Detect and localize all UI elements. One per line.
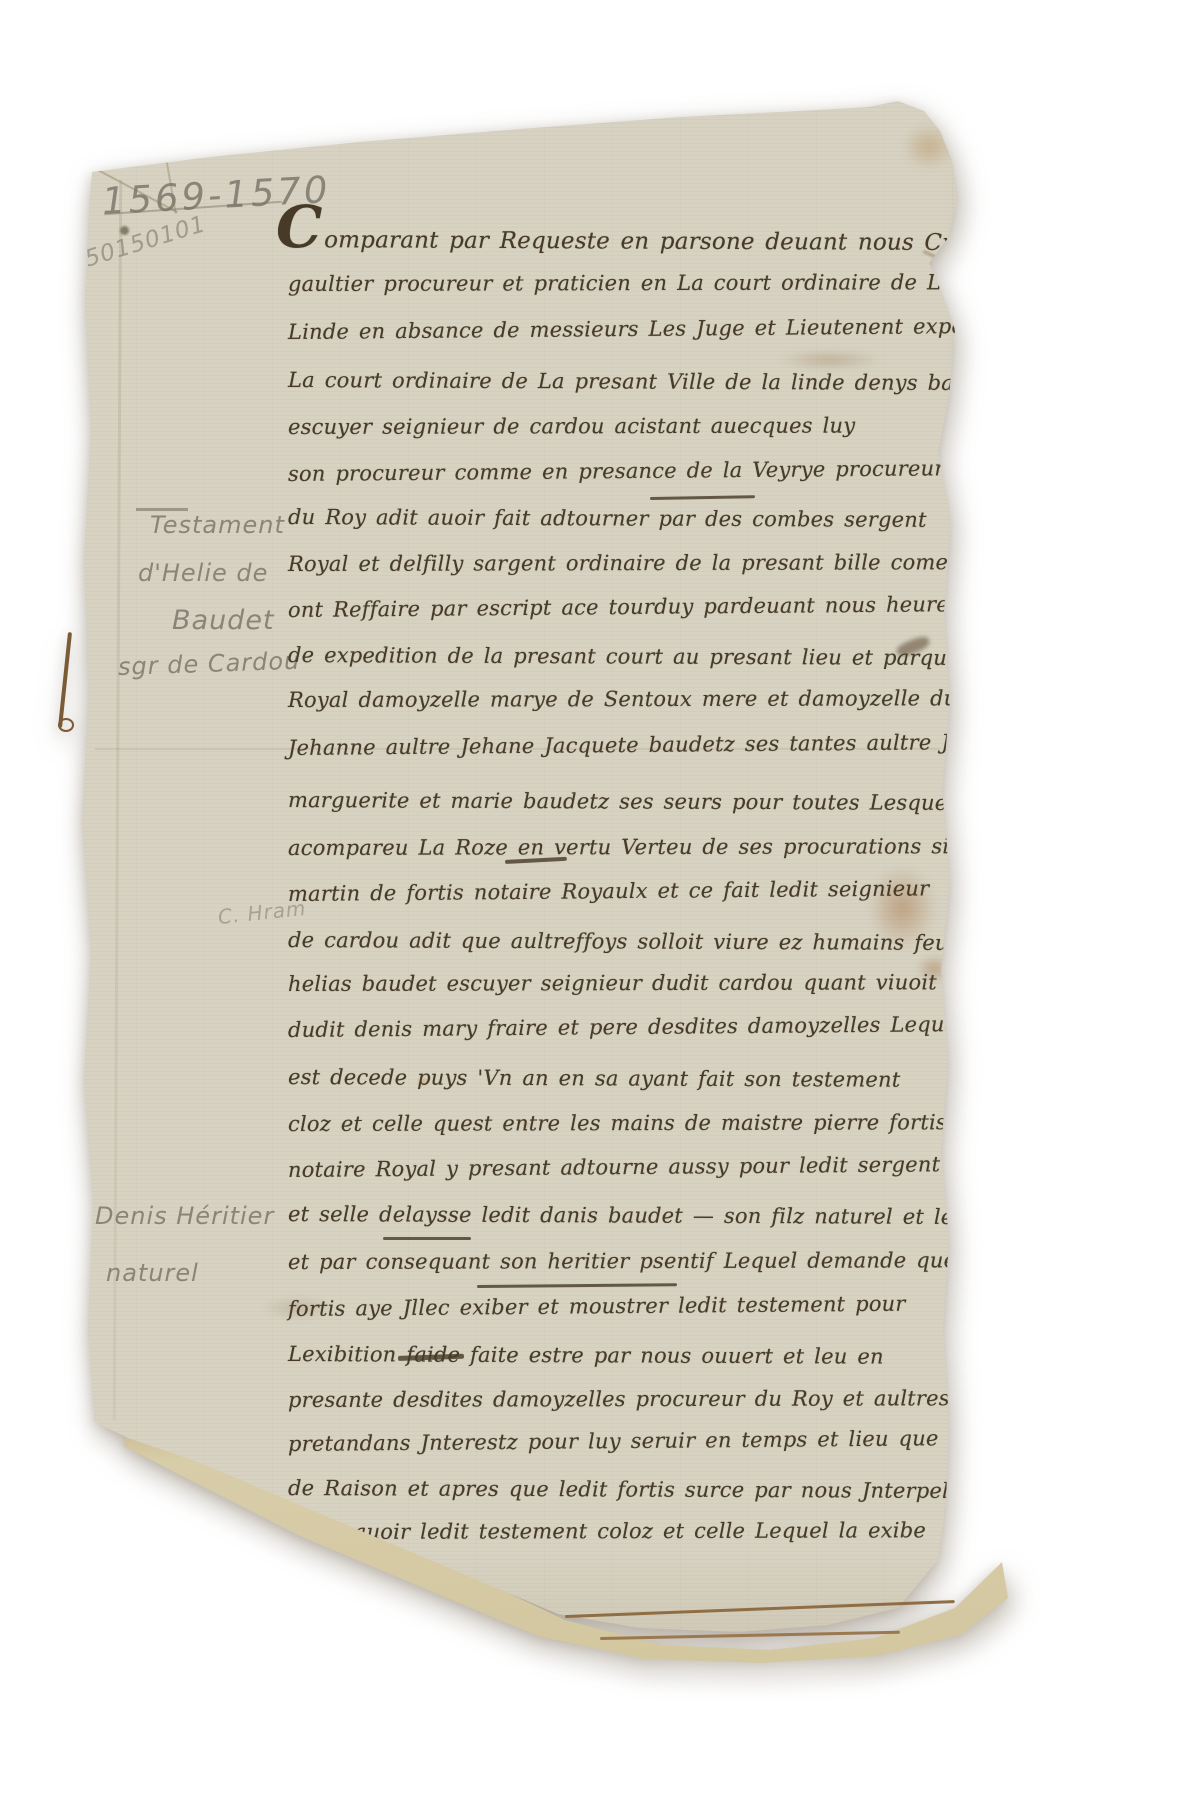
manuscript-line: escuyer seignieur de cardou acistant aue… xyxy=(288,414,855,440)
manuscript-line: ont Reffaire par escript ace tourduy par… xyxy=(288,592,949,622)
manuscript-line: Royal damoyzelle marye de Sentoux mere e… xyxy=(288,686,1072,712)
manuscript-line: son procureur comme en presance de la Ve… xyxy=(288,456,982,486)
manuscript-line: et selle delaysse ledit danis baudet — s… xyxy=(288,1202,1021,1229)
manuscript-line: acompareu La Roze en vertu Verteu de ses… xyxy=(288,834,1044,860)
manuscript-line: marguerite et marie baudetz ses seurs po… xyxy=(288,788,1016,815)
manuscript-line: du Roy adit auoir fait adtourner par des… xyxy=(288,505,927,532)
manuscript-line: pretandans Jnterestz pour luy seruir en … xyxy=(288,1426,939,1456)
manuscript-line: Comparant par Requeste en parsone deuant… xyxy=(276,212,1018,257)
manuscript-line: Linde en absance de messieurs Les Juge e… xyxy=(288,314,1020,345)
manuscript-line: helias baudet escuyer seignieur dudit ca… xyxy=(288,970,996,996)
manuscript-line: La court ordinaire de La presant Ville d… xyxy=(288,368,1003,395)
page-edge-crease xyxy=(600,1631,900,1640)
manuscript-line: de Raison et apres que ledit fortis surc… xyxy=(288,1476,969,1503)
manuscript-text-block: Comparant par Requeste en parsone deuant… xyxy=(0,0,1200,1800)
manuscript-line: est decede puys 'Vn an en sa ayant fait … xyxy=(288,1065,900,1092)
manuscript-line: fortis aye Jllec exiber et moustrer ledi… xyxy=(288,1292,906,1322)
document-photo: 1569-1570 50150101 Testament d'Helie de … xyxy=(0,0,1200,1800)
manuscript-line: de cardou adit que aultreffoys solloit v… xyxy=(288,928,949,955)
ink-underline xyxy=(383,1237,471,1240)
manuscript-line: cloz et celle quest entre les mains de m… xyxy=(288,1110,947,1136)
manuscript-line: et par consequant son heritier psentif L… xyxy=(288,1248,1015,1274)
binding-thread xyxy=(58,632,72,728)
manuscript-line: dudit denis mary fraire et pere desdites… xyxy=(288,1012,995,1042)
page-content: 1569-1570 50150101 Testament d'Helie de … xyxy=(0,0,1200,1800)
manuscript-line: gaultier procureur et praticien en La co… xyxy=(288,270,954,296)
manuscript-line: Lexibition faide faite estre par nous ou… xyxy=(288,1342,884,1369)
binding-thread-knot xyxy=(58,718,74,732)
manuscript-line: martin de fortis notaire Royaulx et ce f… xyxy=(288,876,930,906)
paper-stack: 1569-1570 50150101 Testament d'Helie de … xyxy=(0,0,1200,1800)
manuscript-line: Jehanne aultre Jehane Jacquete baudetz s… xyxy=(288,729,1036,760)
manuscript-line: de expedition de la presant court au pre… xyxy=(288,643,968,670)
manuscript-line: notaire Royal y presant adtourne aussy p… xyxy=(288,1152,993,1182)
manuscript-line: Ledit auoir ledit testement coloz et cel… xyxy=(288,1518,926,1544)
manuscript-line: Royal et delfilly sargent ordinaire de l… xyxy=(288,550,948,576)
manuscript-line: presante desdites damoyzelles procureur … xyxy=(288,1386,972,1412)
